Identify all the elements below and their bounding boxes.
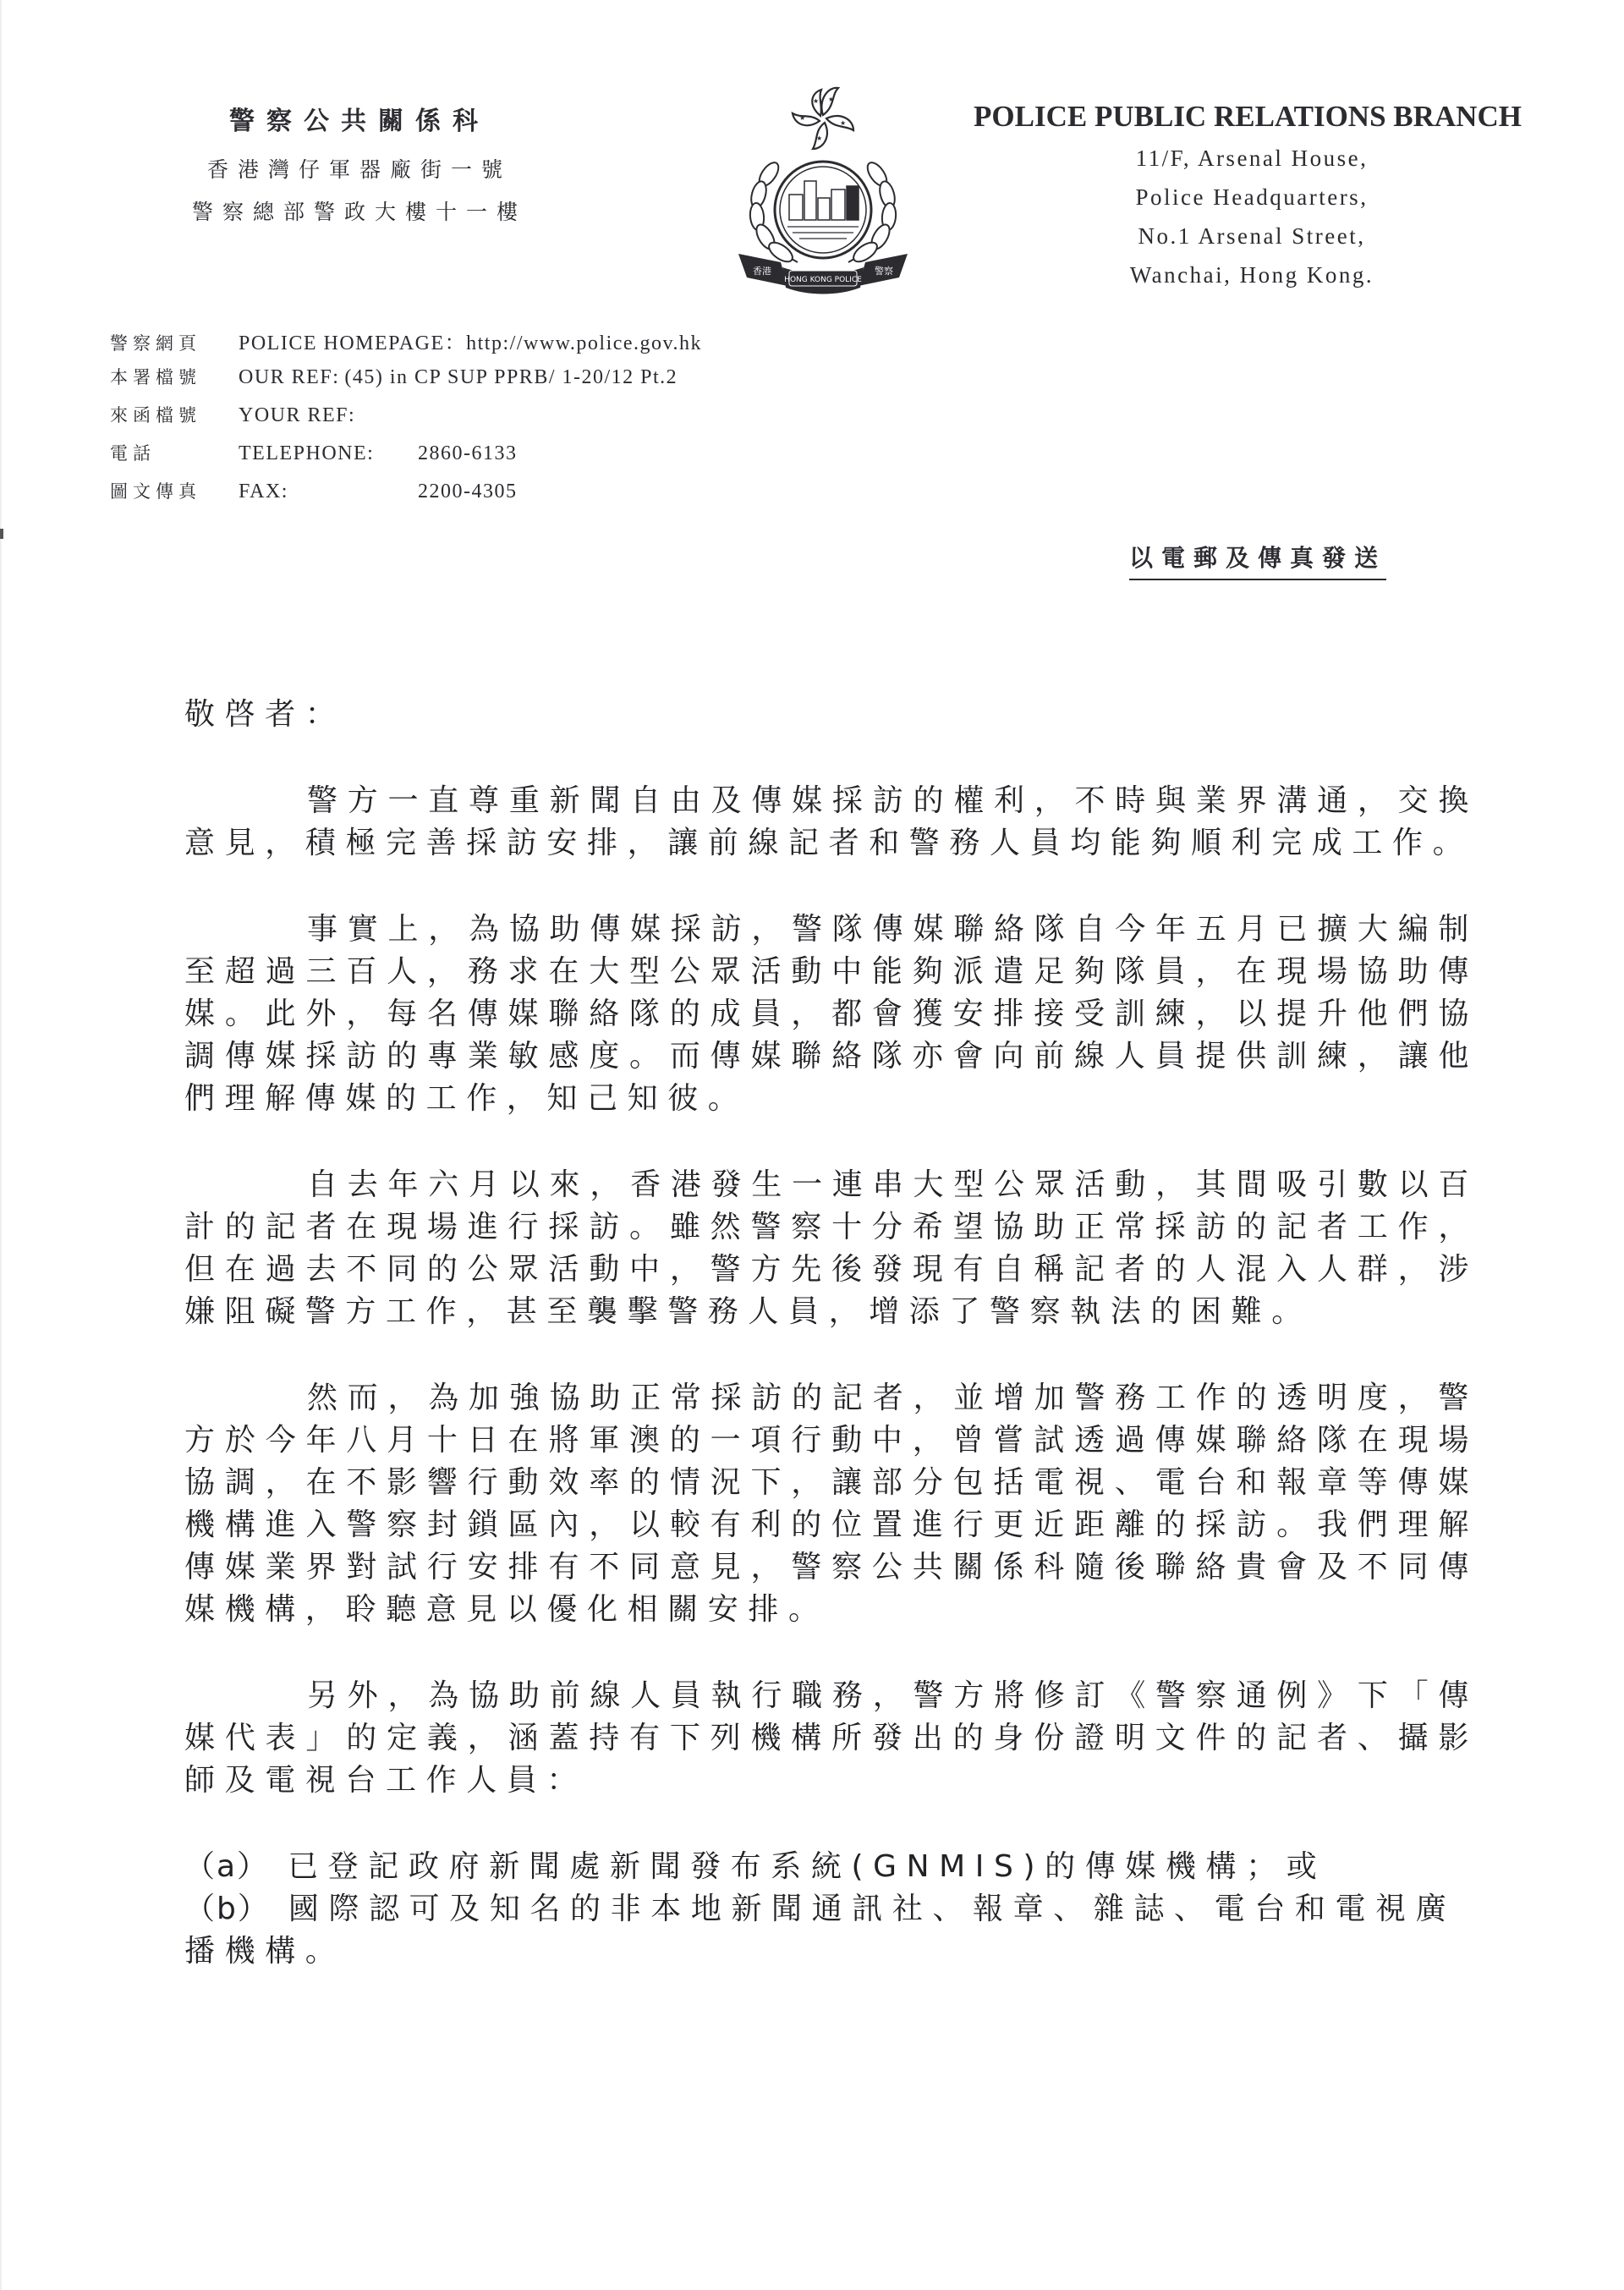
ref-label-en: OUR REF: (239, 366, 339, 389)
address-en-line4: Wanchai, Hong Kong. (960, 255, 1535, 294)
fax-value: 2200-4305 (418, 481, 518, 503)
letterhead-zh: 警察公共關係科 香港灣仔軍器廠街一號 警察總部警政大樓十一樓 (161, 100, 558, 233)
address-zh-line2: 警察總部警政大樓十一樓 (161, 191, 558, 233)
ref-label-en: YOUR REF: (239, 404, 355, 427)
org-name-zh: 警察公共關係科 (161, 100, 558, 137)
letterhead-en: POLICE PUBLIC RELATIONS BRANCH 11/F, Ars… (960, 100, 1535, 294)
our-ref-value: (45) in CP SUP PPRB/ 1-20/12 Pt.2 (344, 366, 678, 389)
ref-label-en: TELEPHONE: (239, 442, 418, 465)
emblem-banner-text: HONG KONG POLICE (784, 276, 862, 284)
list-item: （b）國際認可及知名的非本地新聞通訊社、報章、雜誌、電台和電視廣播機構。 (184, 1888, 1479, 1973)
ref-label-zh: 來函檔號 (110, 402, 239, 427)
list-item-text: 國際認可及知名的非本地新聞通訊社、報章、雜誌、電台和電視廣播機構。 (184, 1892, 1456, 1969)
svg-text:★: ★ (828, 96, 834, 103)
svg-text:★: ★ (816, 135, 822, 142)
send-method-note: 以電郵及傳真發送 (1129, 540, 1386, 580)
svg-text:★: ★ (799, 114, 805, 122)
paragraph-1: 警方一直尊重新聞自由及傳媒採訪的權利，不時與業界溝通，交換意見，積極完善採訪安排… (184, 780, 1479, 865)
address-zh-line1: 香港灣仔軍器廠街一號 (161, 149, 558, 191)
ref-label-zh: 電話 (110, 440, 239, 465)
paragraph-5: 另外，為協助前線人員執行職務，警方將修訂《警察通例》下「傳媒代表」的定義，涵蓋持… (184, 1675, 1479, 1802)
ref-telephone: 電話 TELEPHONE: 2860-6133 (110, 440, 702, 478)
ref-our-ref: 本署檔號 OUR REF: (45) in CP SUP PPRB/ 1-20/… (110, 364, 702, 402)
ref-label-en: FAX: (239, 481, 418, 503)
org-name-en: POLICE PUBLIC RELATIONS BRANCH (960, 100, 1535, 134)
scan-edge (0, 0, 2, 2290)
list-marker: （a） (184, 1846, 269, 1888)
list-item-text: 已登記政府新聞處新聞發布系統(GNMIS)的傳媒機構；或 (288, 1846, 1326, 1888)
ref-your-ref: 來函檔號 YOUR REF: (110, 402, 702, 440)
ref-label-zh: 本署檔號 (110, 364, 239, 389)
homepage-link[interactable]: http://www.police.gov.hk (466, 332, 702, 355)
ref-homepage: 警察網頁 POLICE HOMEPAGE： http://www.police.… (110, 326, 702, 364)
ref-fax: 圖文傳真 FAX: 2200-4305 (110, 478, 702, 516)
svg-text:警察: 警察 (875, 265, 893, 277)
svg-text:★: ★ (840, 119, 846, 127)
salutation: 敬啓者： (184, 694, 1479, 736)
list-item: （a） 已登記政府新聞處新聞發布系統(GNMIS)的傳媒機構；或 (184, 1846, 1479, 1888)
ref-label-zh: 警察網頁 (110, 330, 239, 355)
hong-kong-police-crest-icon: ★★★★★ (721, 74, 924, 294)
telephone-value: 2860-6133 (418, 442, 518, 465)
list-marker: （b） (184, 1892, 270, 1926)
ref-label-zh: 圖文傳真 (110, 478, 239, 503)
address-en-line2: Police Headquarters, (960, 178, 1535, 217)
paragraph-3: 自去年六月以來，香港發生一連串大型公眾活動，其間吸引數以百計的記者在現場進行採訪… (184, 1164, 1479, 1333)
scan-mark (0, 529, 3, 539)
ref-label-en: POLICE HOMEPAGE： (239, 326, 466, 355)
media-organization-list: （a） 已登記政府新聞處新聞發布系統(GNMIS)的傳媒機構；或 （b）國際認可… (184, 1846, 1479, 1973)
letter-body: 敬啓者： 警方一直尊重新聞自由及傳媒採訪的權利，不時與業界溝通，交換意見，積極完… (184, 694, 1479, 1973)
address-en-line3: No.1 Arsenal Street, (960, 217, 1535, 255)
svg-text:香港: 香港 (753, 265, 771, 277)
reference-block: 警察網頁 POLICE HOMEPAGE： http://www.police.… (110, 326, 702, 516)
svg-text:★: ★ (813, 97, 819, 105)
paragraph-2: 事實上，為協助傳媒採訪，警隊傳媒聯絡隊自今年五月已擴大編制至超過三百人，務求在大… (184, 909, 1479, 1120)
address-en-line1: 11/F, Arsenal House, (960, 139, 1535, 178)
paragraph-4: 然而，為加強協助正常採訪的記者，並增加警務工作的透明度，警方於今年八月十日在將軍… (184, 1377, 1479, 1631)
